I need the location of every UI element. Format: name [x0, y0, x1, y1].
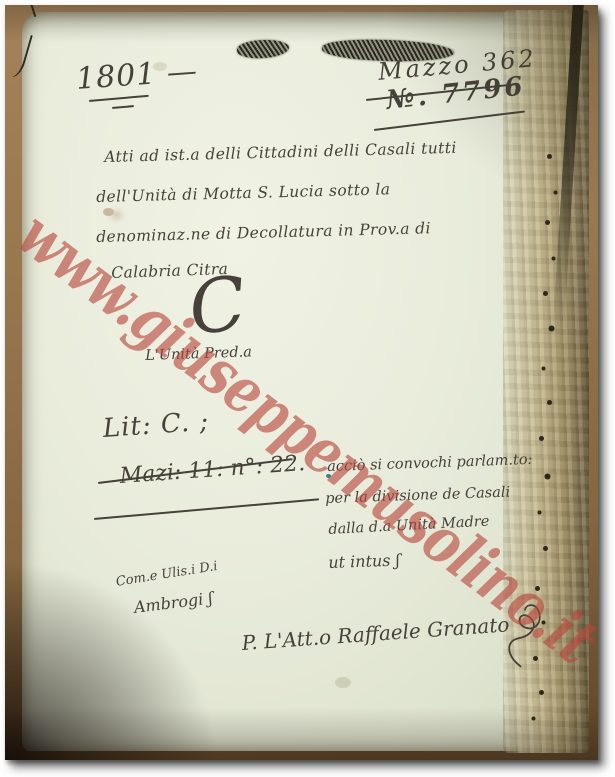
- paper-stain: [103, 208, 114, 216]
- signature-flourish-icon: [495, 598, 556, 673]
- side-note-line: ut intus ʃ: [328, 552, 400, 572]
- ink-specks: [5, 5, 8, 8]
- manuscript-photo: 1801 — Mazzo 362 №. 7796 Atti ad ist.a d…: [5, 5, 598, 760]
- paper-stain: [335, 677, 351, 688]
- year-annotation: 1801 —: [75, 54, 199, 95]
- flourished-initial: C: [185, 266, 250, 346]
